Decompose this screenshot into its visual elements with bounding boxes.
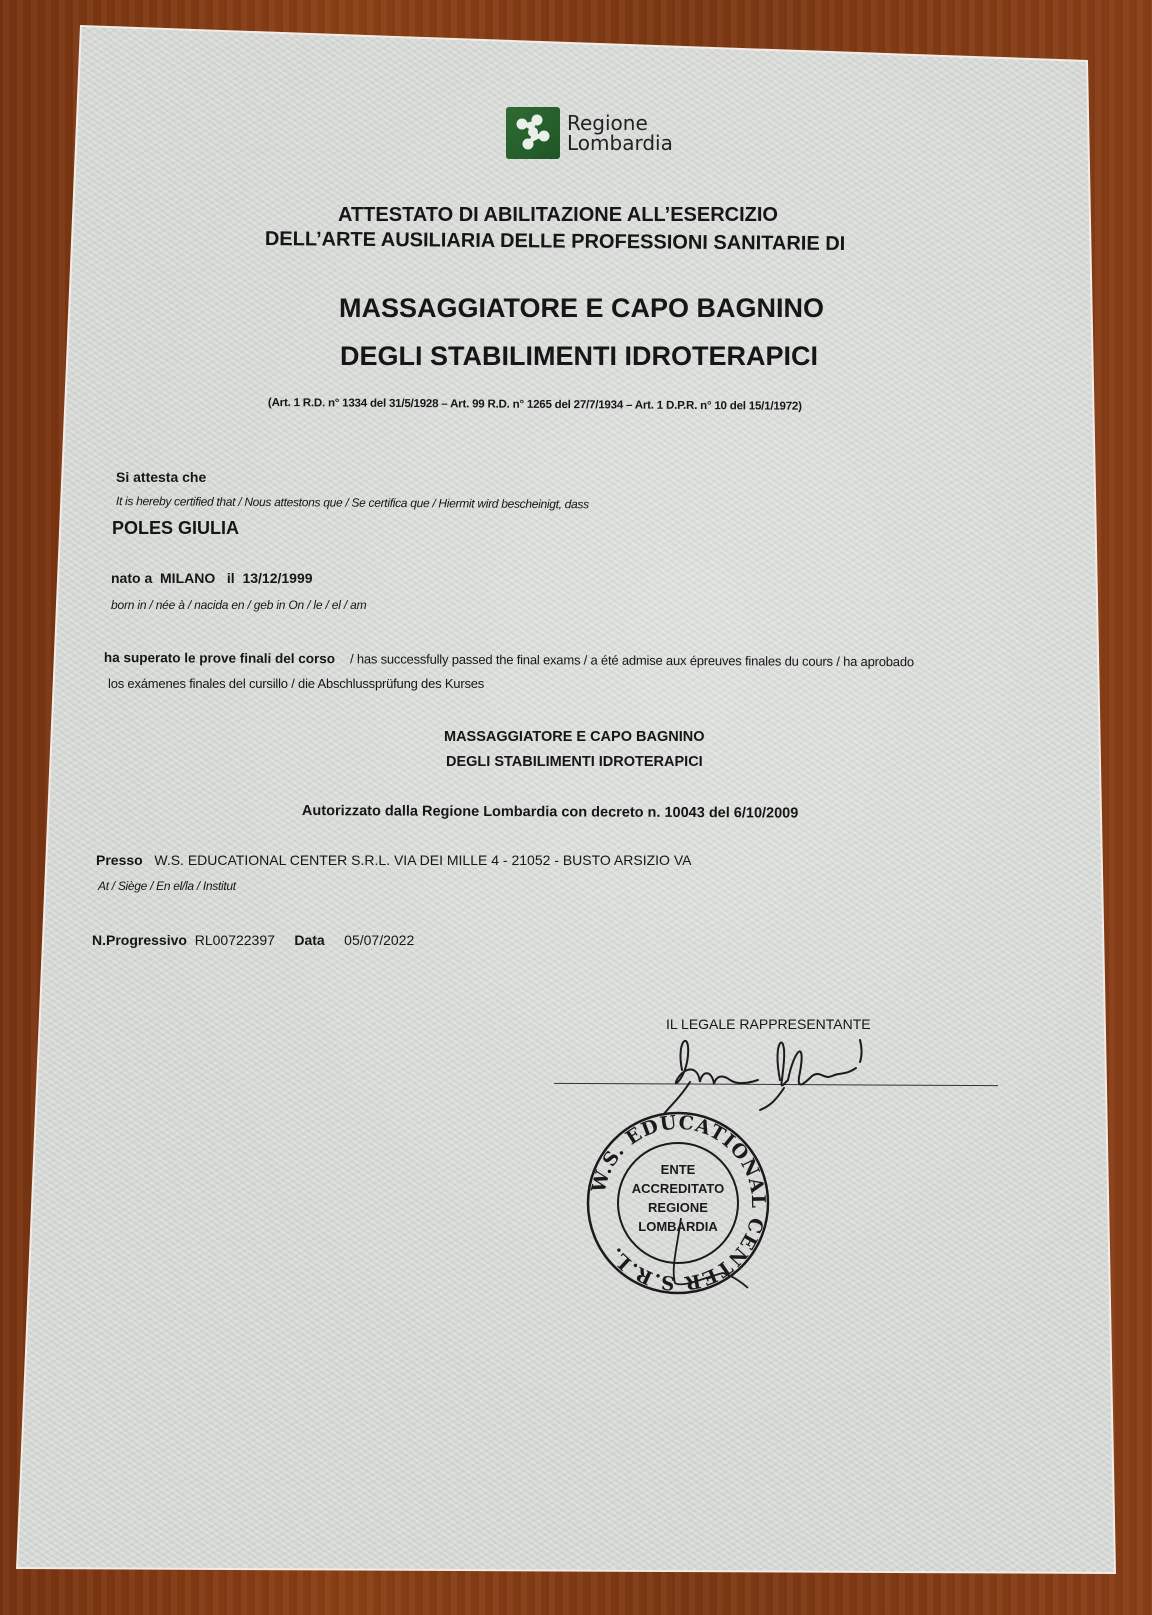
institute-value: W.S. EDUCATIONAL CENTER S.R.L. VIA DEI M… bbox=[154, 852, 691, 868]
header-line-2: DELL’ARTE AUSILIARIA DELLE PROFESSIONI S… bbox=[265, 228, 846, 256]
logo-text-line1: Regione bbox=[567, 113, 673, 133]
legal-reference: (Art. 1 R.D. n° 1334 del 31/5/1928 – Art… bbox=[268, 397, 802, 413]
registration-number-label: N.Progressivo bbox=[92, 932, 187, 948]
institute-label: Presso bbox=[96, 852, 143, 868]
course-passed-translation-2: los exámenes finales del cursillo / die … bbox=[108, 676, 484, 691]
certification-label: Si attesta che bbox=[116, 469, 206, 485]
institute-line: Presso W.S. EDUCATIONAL CENTER S.R.L. VI… bbox=[96, 852, 691, 868]
svg-text:ENTE: ENTE bbox=[661, 1162, 696, 1177]
header-line-1: ATTESTATO DI ABILITAZIONE ALL’ESERCIZIO bbox=[338, 204, 778, 227]
regione-lombardia-logo: Regione Lombardia bbox=[506, 107, 673, 159]
birth-translation: born in / née à / nacida en / geb in On … bbox=[111, 598, 366, 612]
registration-date-label: Data bbox=[294, 932, 324, 948]
course-passed-label: ha superato le prove finali del corso bbox=[104, 650, 335, 666]
regione-lombardia-rosa-camuna-icon bbox=[506, 107, 560, 159]
holder-name: POLES GIULIA bbox=[112, 518, 239, 539]
certificate-paper: Regione Lombardia ATTESTATO DI ABILITAZI… bbox=[0, 0, 1152, 1615]
course-name-line-1: MASSAGGIATORE E CAPO BAGNINO bbox=[444, 729, 704, 745]
course-passed-translation-1: / has successfully passed the final exam… bbox=[350, 651, 914, 669]
certification-translation: It is hereby certified that / Nous attes… bbox=[116, 494, 589, 511]
birth-date: 13/12/1999 bbox=[242, 570, 312, 586]
institute-translation: At / Siège / En el/la / Institut bbox=[98, 879, 236, 893]
course-passed-line: ha superato le prove finali del corso / … bbox=[104, 650, 914, 669]
registration-number: RL00722397 bbox=[195, 932, 275, 948]
svg-text:ACCREDITATO: ACCREDITATO bbox=[632, 1181, 724, 1196]
course-authorization: Autorizzato dalla Regione Lombardia con … bbox=[302, 803, 798, 822]
title-line-1: MASSAGGIATORE E CAPO BAGNINO bbox=[339, 293, 824, 324]
svg-text:REGIONE: REGIONE bbox=[648, 1200, 708, 1215]
registration-line: N.Progressivo RL00722397 Data 05/07/2022 bbox=[92, 932, 414, 948]
round-stamp-icon: W.S. EDUCATIONAL CENTER S.R.L. ENTE ACCR… bbox=[583, 1108, 773, 1298]
birth-date-label: il bbox=[227, 570, 235, 586]
title-line-2: DEGLI STABILIMENTI IDROTERAPICI bbox=[340, 341, 818, 372]
registration-date: 05/07/2022 bbox=[344, 932, 414, 948]
handwritten-signature-icon bbox=[660, 1010, 920, 1120]
birth-place: MILANO bbox=[160, 570, 215, 586]
born-label: nato a bbox=[111, 570, 152, 586]
logo-text-line2: Lombardia bbox=[567, 133, 673, 153]
course-name-line-2: DEGLI STABILIMENTI IDROTERAPICI bbox=[446, 754, 703, 770]
birth-line: nato a MILANO il 13/12/1999 bbox=[111, 570, 313, 586]
